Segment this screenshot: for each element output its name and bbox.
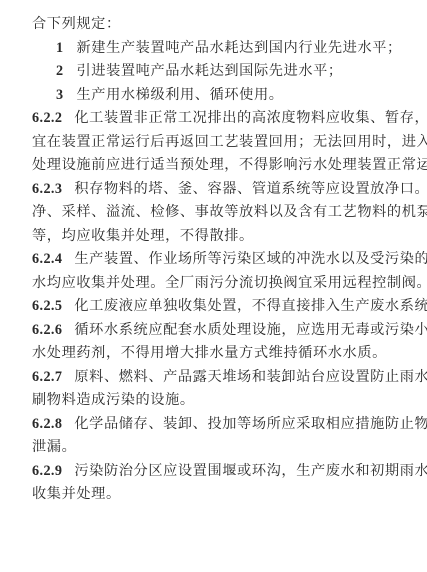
- clause-6-2-4: 6.2.4生产装置、作业场所等污染区域的冲洗水以及受污染的雨: [32, 248, 397, 270]
- text-line: 合下列规定：: [32, 13, 397, 35]
- clause-6-2-9: 6.2.9污染防治分区应设置围堰或环沟，生产废水和初期雨水应: [32, 460, 397, 482]
- clause-number: 6.2.2: [32, 110, 62, 126]
- text-line: 等，均应收集并处理，不得散排。: [32, 225, 397, 247]
- item-number: 3: [56, 87, 64, 103]
- text-line: 泄漏。: [32, 436, 397, 458]
- text-line: 宜在装置正常运行后再返回工艺装置回用；无法回用时，进入污水: [32, 131, 397, 153]
- list-item: 3生产用水梯级利用、循环使用。: [56, 84, 386, 106]
- text-line: 水均应收集并处理。全厂雨污分流切换阀宜采用远程控制阀。: [32, 272, 397, 294]
- clause-number: 6.2.6: [32, 322, 62, 338]
- text-line: 水处理药剂，不得用增大排水量方式维持循环水水质。: [32, 342, 397, 364]
- clause-6-2-5: 6.2.5化工废液应单独收集处置，不得直接排入生产废水系统。: [32, 295, 397, 317]
- clause-number: 6.2.5: [32, 298, 62, 314]
- text-line: 刷物料造成污染的设施。: [32, 389, 397, 411]
- clause-number: 6.2.7: [32, 369, 62, 385]
- item-number: 1: [56, 40, 64, 56]
- item-number: 2: [56, 63, 64, 79]
- clause-6-2-7: 6.2.7原料、燃料、产品露天堆场和装卸站台应设置防止雨水冲: [32, 366, 397, 388]
- list-item: 1新建生产装置吨产品水耗达到国内行业先进水平；: [56, 37, 386, 59]
- document-page: 合下列规定： 1新建生产装置吨产品水耗达到国内行业先进水平； 2引进装置吨产品水…: [0, 0, 427, 572]
- text-line: 净、采样、溢流、检修、事故等放料以及含有工艺物料的机泵密封水: [32, 201, 397, 223]
- clause-number: 6.2.4: [32, 251, 62, 267]
- clause-6-2-2: 6.2.2化工装置非正常工况排出的高浓度物料应收集、暂存，并: [32, 107, 397, 129]
- clause-number: 6.2.3: [32, 181, 62, 197]
- text-line: 收集并处理。: [32, 483, 397, 505]
- list-item: 2引进装置吨产品水耗达到国际先进水平；: [56, 60, 386, 82]
- clause-6-2-8: 6.2.8化学品储存、装卸、投加等场所应采取相应措施防止物料: [32, 413, 397, 435]
- text-line: 处理设施前应进行适当预处理，不得影响污水处理装置正常运行。: [32, 154, 397, 176]
- clause-number: 6.2.8: [32, 416, 62, 432]
- clause-6-2-6: 6.2.6循环水系统应配套水质处理设施，应选用无毒或污染小的: [32, 319, 397, 341]
- clause-number: 6.2.9: [32, 463, 62, 479]
- clause-6-2-3: 6.2.3积存物料的塔、釜、容器、管道系统等应设置放净口。放: [32, 178, 397, 200]
